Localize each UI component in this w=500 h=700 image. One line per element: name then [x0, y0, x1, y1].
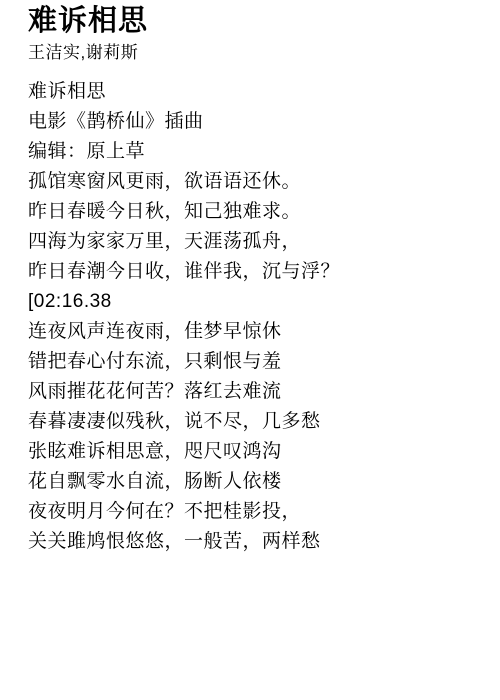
lyric-line: 连夜风声连夜雨，佳梦早惊休 [28, 317, 480, 347]
lyric-line: 四海为家家万里，天涯荡孤舟， [28, 227, 480, 257]
lyrics-page: 难诉相思 王洁实,谢莉斯 难诉相思 电影《鹊桥仙》插曲 编辑：原上草 孤馆寒窗风… [0, 0, 500, 700]
lyric-line: 花自飘零水自流，肠断人依楼 [28, 467, 480, 497]
lyrics-block: 难诉相思 电影《鹊桥仙》插曲 编辑：原上草 孤馆寒窗风更雨，欲语语还休。 昨日春… [28, 77, 480, 557]
lyric-line: 夜夜明月今何在？不把桂影投， [28, 497, 480, 527]
lyric-timestamp-line: [02:16.38 [28, 287, 480, 317]
lyric-line-title: 难诉相思 [28, 77, 480, 107]
lyric-line: 风雨摧花花何苦？落红去难流 [28, 377, 480, 407]
artist-name: 王洁实,谢莉斯 [28, 41, 480, 65]
page-title: 难诉相思 [28, 2, 480, 40]
lyric-line: 孤馆寒窗风更雨，欲语语还休。 [28, 167, 480, 197]
lyric-line: 昨日春潮今日收，谁伴我，沉与浮？ [28, 257, 480, 287]
lyric-line-editor: 编辑：原上草 [28, 137, 480, 167]
lyric-line: 张眩难诉相思意，咫尺叹鸿沟 [28, 437, 480, 467]
lyric-line: 关关雎鸠恨悠悠，一般苦，两样愁 [28, 527, 480, 557]
lyric-line: 昨日春暖今日秋，知己独难求。 [28, 197, 480, 227]
lyric-line: 错把春心付东流，只剩恨与羞 [28, 347, 480, 377]
lyric-line-movie-note: 电影《鹊桥仙》插曲 [28, 107, 480, 137]
lyric-line: 春暮凄凄似残秋，说不尽，几多愁 [28, 407, 480, 437]
